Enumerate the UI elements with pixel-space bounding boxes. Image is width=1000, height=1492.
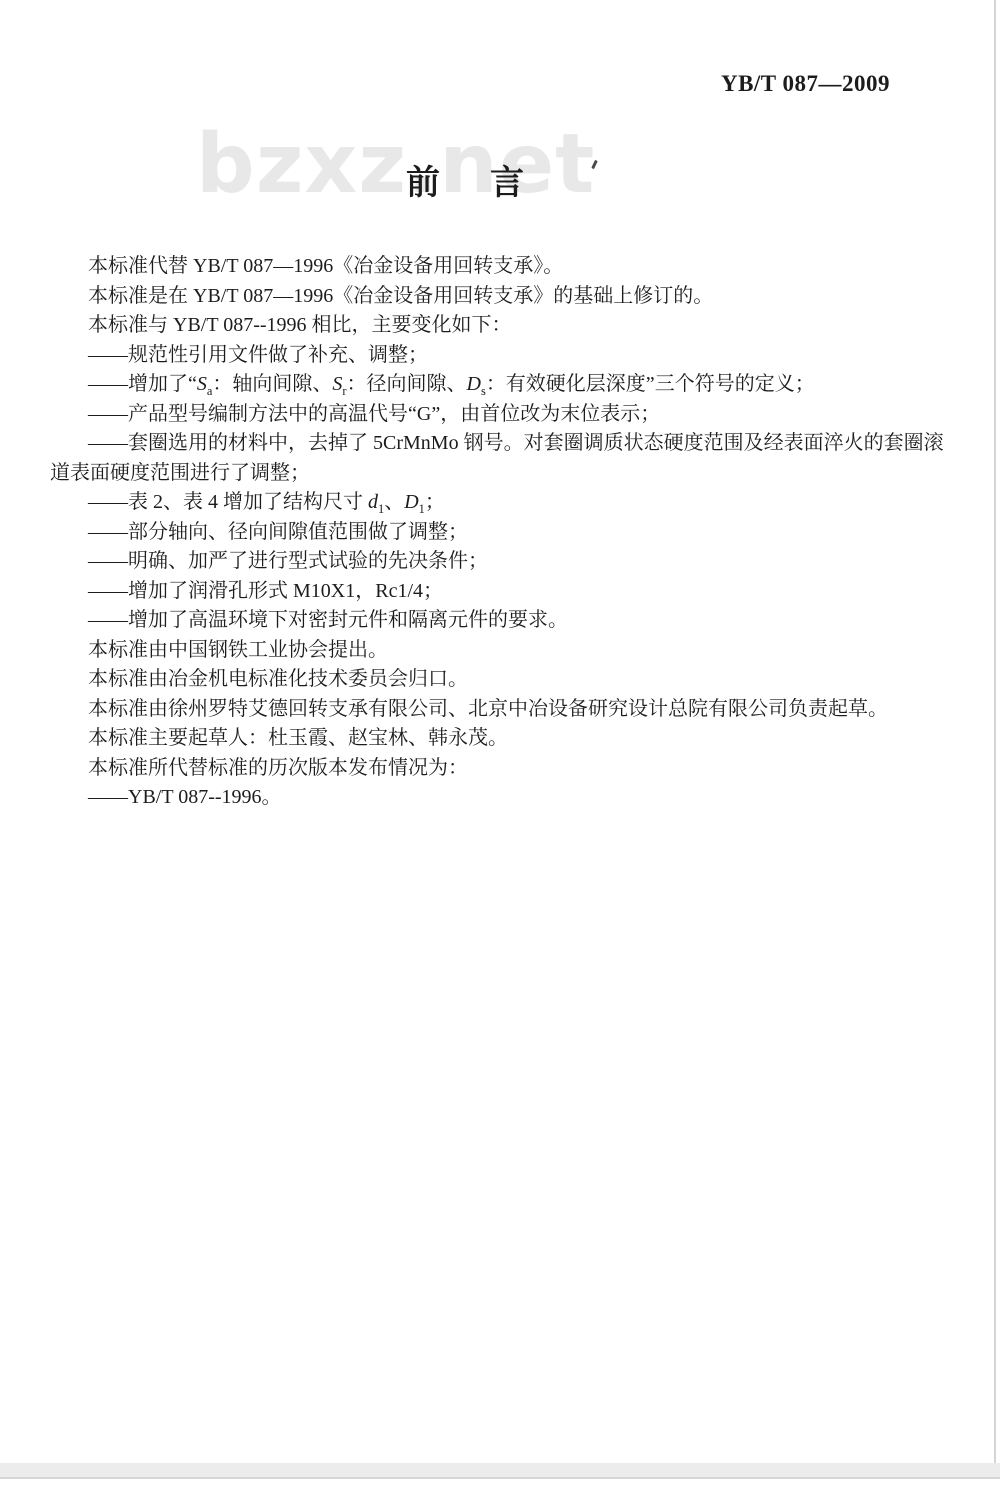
text-line: ——YB/T 087--1996。 xyxy=(50,783,950,813)
text-line: ——规范性引用文件做了补充、调整； xyxy=(50,341,950,371)
text-line: 本标准由中国钢铁工业协会提出。 xyxy=(50,636,950,666)
page-title-char-2: 言 xyxy=(490,155,524,204)
text-line: ——产品型号编制方法中的高温代号“G”，由首位改为末位表示； xyxy=(50,400,950,430)
text-line: 本标准由冶金机电标准化技术委员会归口。 xyxy=(50,665,950,695)
text-line: 道表面硬度范围进行了调整； xyxy=(50,459,950,489)
scan-edge-line xyxy=(994,0,996,1464)
page-title-char-1: 前 xyxy=(406,155,440,204)
text-line: 本标准代替 YB/T 087—1996《冶金设备用回转支承》。 xyxy=(50,252,950,282)
text-line: 本标准是在 YB/T 087—1996《冶金设备用回转支承》的基础上修订的。 xyxy=(50,282,950,312)
text-line: ——增加了润滑孔形式 M10X1，Rc1/4； xyxy=(50,577,950,607)
page-title-foreword: 前 言 xyxy=(0,155,930,204)
text-line: 本标准由徐州罗特艾德回转支承有限公司、北京中冶设备研究设计总院有限公司负责起草。 xyxy=(50,695,950,725)
standard-code-header: YB/T 087—2009 xyxy=(721,71,890,97)
foreword-body: 本标准代替 YB/T 087—1996《冶金设备用回转支承》。本标准是在 YB/… xyxy=(50,252,950,813)
text-line: 本标准主要起草人：杜玉霞、赵宝林、韩永茂。 xyxy=(50,724,950,754)
text-line: ——部分轴向、径向间隙值范围做了调整； xyxy=(50,518,950,548)
scan-bottom-band xyxy=(0,1463,1000,1479)
text-line: ——增加了“Sa：轴向间隙、Sr：径向间隙、Ds：有效硬化层深度”三个符号的定义… xyxy=(50,370,950,400)
text-line: ——套圈选用的材料中，去掉了 5CrMnMo 钢号。对套圈调质状态硬度范围及经表… xyxy=(50,429,950,459)
text-line: 本标准所代替标准的历次版本发布情况为： xyxy=(50,754,950,784)
text-line: ——增加了高温环境下对密封元件和隔离元件的要求。 xyxy=(50,606,950,636)
scanned-document-page: { "page": { "header_code": "YB/T 087—200… xyxy=(0,0,1000,1492)
text-line: ——表 2、表 4 增加了结构尺寸 d1、D1； xyxy=(50,488,950,518)
text-line: 本标准与 YB/T 087--1996 相比，主要变化如下： xyxy=(50,311,950,341)
text-line: ——明确、加严了进行型式试验的先决条件； xyxy=(50,547,950,577)
